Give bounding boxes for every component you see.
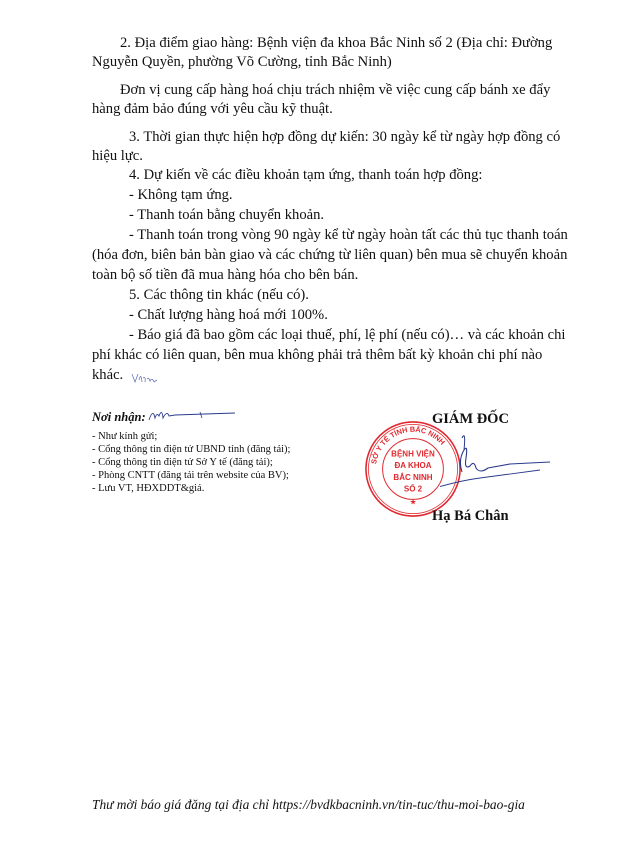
payment-terms-heading: 4. Dự kiến về các điều khoản tạm ứng, th… bbox=[129, 166, 482, 184]
stamp-line: BẮC NINH bbox=[393, 473, 432, 482]
supplier-responsibility-line-2: hàng đảm bảo đúng với yêu cầu kỹ thuật. bbox=[92, 100, 333, 118]
recipient-item: - Như kính gửi; bbox=[92, 430, 157, 443]
recipient-item: - Cổng thông tin điện tử UBND tỉnh (đăng… bbox=[92, 443, 290, 456]
stamp-line: ĐA KHOA bbox=[394, 461, 431, 470]
price-inclusion-line-1: - Báo giá đã bao gồm các loại thuế, phí,… bbox=[129, 326, 530, 344]
quality-note: - Chất lượng hàng hoá mới 100%. bbox=[129, 306, 328, 324]
recipient-item: - Cổng thông tin điện tử Sở Y tế (đăng t… bbox=[92, 456, 273, 469]
recipients-signature-icon bbox=[145, 406, 235, 426]
contract-duration-line-2: hiệu lực. bbox=[92, 147, 143, 165]
price-inclusion-line-2: phí khác có liên quan, bên mua không phả… bbox=[92, 346, 530, 364]
supplier-responsibility-line-1: Đơn vị cung cấp hàng hoá chịu trách nhiệ… bbox=[120, 81, 530, 99]
recipients-title: Nơi nhận: bbox=[92, 410, 146, 425]
contract-duration-line-1: 3. Thời gian thực hiện hợp đồng dự kiến:… bbox=[129, 128, 530, 146]
initials-mark-icon bbox=[130, 370, 160, 386]
payment-schedule-line-3: toàn bộ số tiền đã mua hàng hóa cho bên … bbox=[92, 266, 358, 284]
director-signature-icon bbox=[440, 430, 560, 500]
signer-name: Hạ Bá Chân bbox=[432, 508, 509, 525]
price-inclusion-line-3: khác. bbox=[92, 366, 123, 384]
stamp-line: SỐ 2 bbox=[404, 484, 423, 494]
recipient-item: - Phòng CNTT (đăng tải trên website của … bbox=[92, 469, 289, 482]
other-info-heading: 5. Các thông tin khác (nếu có). bbox=[129, 286, 309, 304]
payment-schedule-line-1: - Thanh toán trong vòng 90 ngày kể từ ng… bbox=[129, 226, 530, 244]
svg-text:SỞ Y TẾ TỈNH BẮC NINH: SỞ Y TẾ TỈNH BẮC NINH bbox=[369, 425, 447, 465]
footer-note: Thư mời báo giá đăng tại địa chỉ https:/… bbox=[92, 797, 525, 813]
delivery-location-line-1: 2. Địa điểm giao hàng: Bệnh viện đa khoa… bbox=[120, 34, 530, 52]
stamp-line: BỆNH VIỆN bbox=[391, 449, 435, 458]
payment-no-advance: - Không tạm ứng. bbox=[129, 186, 233, 204]
payment-schedule-line-2: (hóa đơn, biên bản bàn giao và các chứng… bbox=[92, 246, 530, 264]
recipient-item: - Lưu VT, HĐXDDT&giá. bbox=[92, 482, 204, 495]
delivery-location-line-2: Nguyễn Quyền, phường Võ Cường, tỉnh Bắc … bbox=[92, 53, 392, 71]
svg-text:★: ★ bbox=[409, 497, 416, 506]
payment-bank-transfer: - Thanh toán bằng chuyển khoản. bbox=[129, 206, 324, 224]
